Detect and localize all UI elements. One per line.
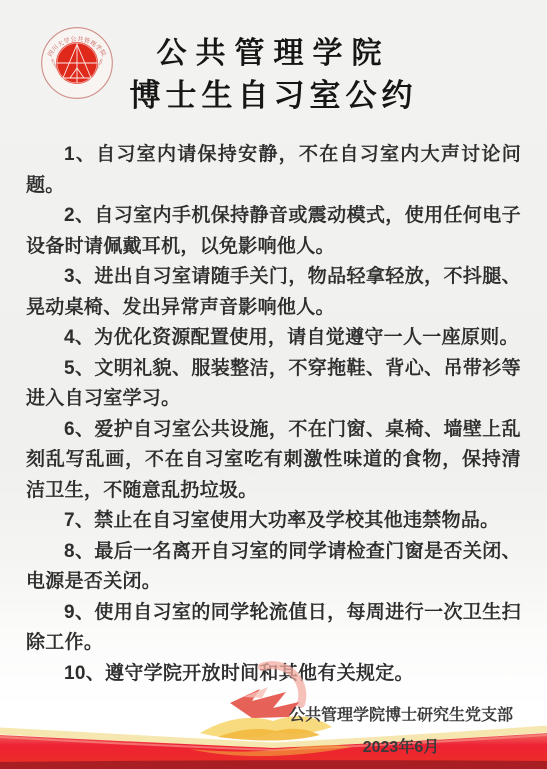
rule-item-1: 1、自习室内请保持安静，不在自习室内大声讨论问题。 (26, 140, 521, 201)
rule-item-5: 5、文明礼貌、服装整洁，不穿拖鞋、背心、吊带衫等进入自习室学习。 (26, 354, 521, 415)
rule-item-2: 2、自习室内手机保持静音或震动模式，使用任何电子设备时请佩戴耳机，以免影响他人。 (26, 201, 521, 262)
rule-item-10: 10、遵守学院开放时间和其他有关规定。 (26, 659, 521, 690)
study-room-convention-poster: 四川大学公共管理学院 SCHOOL OF PUBLIC ADMINISTRATI… (0, 0, 547, 769)
rules-list: 1、自习室内请保持安静，不在自习室内大声讨论问题。 2、自习室内手机保持静音或震… (0, 114, 547, 689)
signature-date: 2023年6月 (363, 734, 440, 757)
signature-block: 公共管理学院博士研究生党支部 2023年6月 (0, 702, 547, 757)
rule-item-4: 4、为优化资源配置使用，请自觉遵守一人一座原则。 (26, 323, 521, 354)
dark-red-strip (0, 760, 547, 769)
signature-org: 公共管理学院博士研究生党支部 (289, 702, 513, 725)
rule-item-9: 9、使用自习室的同学轮流值日，每周进行一次卫生扫除工作。 (26, 598, 521, 659)
school-seal-icon: 四川大学公共管理学院 SCHOOL OF PUBLIC ADMINISTRATI… (40, 26, 114, 100)
rule-item-8: 8、最后一名离开自习室的同学请检查门窗是否关闭、电源是否关闭。 (26, 537, 521, 598)
rule-item-7: 7、禁止在自习室使用大功率及学校其他违禁物品。 (26, 506, 521, 537)
rule-item-3: 3、进出自习室请随手关门，物品轻拿轻放，不抖腿、晃动桌椅、发出异常声音影响他人。 (26, 262, 521, 323)
rule-item-6: 6、爱护自习室公共设施，不在门窗、桌椅、墙壁上乱刻乱写乱画，不在自习室吃有刺激性… (26, 415, 521, 507)
seal-emblem-lines (57, 43, 98, 83)
